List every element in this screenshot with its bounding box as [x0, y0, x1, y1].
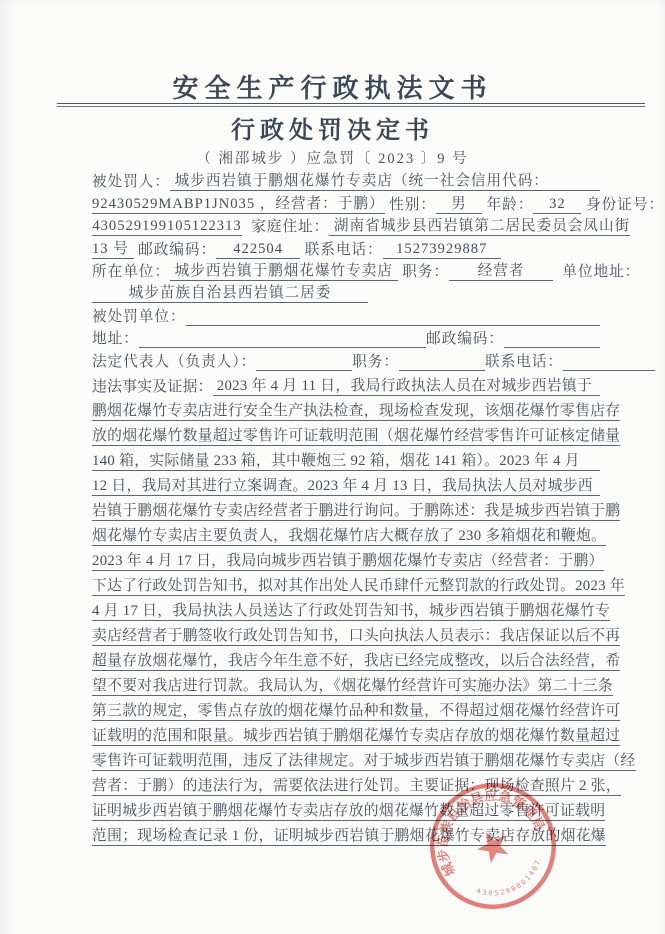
recipient-form-line: 所在单位： 城步西岩镇于鹏烟花爆竹专卖店 职务：经营者 单位地址：	[92, 259, 600, 281]
field-label: 违法事实及证据：	[92, 375, 213, 396]
field-label: 邮政编码：	[426, 327, 504, 348]
violation-facts-section: 违法事实及证据： 2023 年 4 月 11 日，我局行政执法人员在对城步西岩镇…	[92, 371, 600, 846]
field-value: 4 月 17 日，我局执法人员送达了行政处罚告知书，城步西岩镇于鹏烟花爆竹专	[92, 599, 610, 621]
recipient-form-line: 城步苗族自治县西岩镇二居委	[92, 281, 600, 303]
field-value: 下达了行政处罚告知书，拟对其作出处人民币肆仟元整罚款的行政处罚。2023 年	[92, 574, 625, 596]
facts-paragraph-line: 岩镇于鹏烟花爆竹专卖店经营者于鹏进行询问。于鹏陈述：我是城步西岩镇于鹏	[92, 496, 600, 521]
field-value: 望不要对我店进行罚款。我局认为，《烟花爆竹经营许可实施办法》第二十三条	[92, 674, 613, 696]
facts-paragraph-line: 140 箱，实际储量 233 箱，其中鞭炮三 92 箱，烟花 141 箱）。20…	[92, 446, 600, 471]
facts-paragraph-line: 证明城步西岩镇于鹏烟花爆竹专卖店存放的烟花爆竹数量超过零售许可证载明	[92, 796, 600, 821]
facts-paragraph-line: 第三款的规定，零售点存放的烟花爆竹品种和数量，不得超过烟花爆竹经营许可	[92, 696, 600, 721]
field-label: 所在单位：	[92, 260, 170, 281]
field-value: 卖店经营者于鹏签收行政处罚告知书，口头向执法人员表示：我店保证以后不再	[92, 624, 620, 646]
recipient-form-line: 被处罚人： 城步西岩镇于鹏烟花爆竹专卖店（统一社会信用代码：	[92, 169, 600, 191]
recipient-form-line: 430529199105122313 家庭住址： 湖南省城步县西岩镇第二居民委员…	[92, 214, 600, 236]
facts-paragraph-line: 下达了行政处罚告知书，拟对其作出处人民币肆仟元整罚款的行政处罚。2023 年	[92, 571, 600, 596]
field-value: 城步苗族自治县西岩镇二居委	[92, 281, 368, 303]
field-value: 鹏烟花爆竹专卖店进行安全生产执法检查，现场检查发现，该烟花爆竹零售店存	[92, 399, 620, 421]
facts-paragraph-line: 鹏烟花爆竹专卖店进行安全生产执法检查，现场检查发现，该烟花爆竹零售店存	[92, 396, 600, 421]
field-value: 第三款的规定，零售点存放的烟花爆竹品种和数量，不得超过烟花爆竹经营许可	[92, 699, 620, 721]
field-value: 范围；现场检查记录 1 份，证明城步西岩镇于鹏烟花爆竹专卖店存放的烟花爆	[92, 824, 606, 846]
field-value: 证载明的范围和限量。城步西岩镇于鹏烟花爆竹专卖店存放的烟花爆竹数量超过	[92, 724, 620, 746]
field-value: 430529199105122313	[92, 218, 242, 236]
field-label: 职务：	[398, 260, 449, 281]
recipient-form-line: 法定代表人（负责人）：职务：联系电话：	[92, 348, 600, 370]
document-header-title: 安全生产行政执法文书	[0, 68, 665, 105]
field-value: 零售许可证载明范围，违反了法律规定。对于城步西岩镇于鹏烟花爆竹专卖店（经	[92, 749, 636, 771]
field-value: 经营者	[449, 259, 553, 281]
facts-paragraph-line: 4 月 17 日，我局执法人员送达了行政处罚告知书，城步西岩镇于鹏烟花爆竹专	[92, 596, 600, 621]
field-value	[186, 325, 600, 326]
field-value: 城步西岩镇于鹏烟花爆竹专卖店	[170, 259, 398, 281]
field-value: 证明城步西岩镇于鹏烟花爆竹专卖店存放的烟花爆竹数量超过零售许可证载明	[92, 799, 605, 821]
field-value: 2023 年 4 月 11 日，我局行政执法人员在对城步西岩镇于	[213, 374, 600, 396]
field-label: 邮政编码：	[134, 238, 217, 259]
field-label: 被处罚人：	[92, 170, 170, 191]
field-label: 单位地址：	[553, 260, 640, 281]
recipient-form-line: 13 号 邮政编码：422504 联系电话：15273929887	[92, 236, 600, 258]
facts-paragraph-line: 营者：于鹏）的违法行为，需要依法进行处罚。主要证据：现场检查照片 2 张，	[92, 771, 600, 796]
field-value: 烟花爆竹专卖店主要负责人，我烟花爆竹店大概存放了 230 多箱烟花和鞭炮。	[92, 524, 606, 546]
facts-paragraph-line: 证载明的范围和限量。城步西岩镇于鹏烟花爆竹专卖店存放的烟花爆竹数量超过	[92, 721, 600, 746]
field-value: 422504	[216, 241, 300, 259]
field-value	[504, 347, 600, 348]
title-double-rule	[57, 103, 645, 107]
field-value: 15273929887	[383, 241, 501, 259]
field-label: 家庭住址：	[242, 215, 329, 236]
field-value: 140 箱，实际储量 233 箱，其中鞭炮三 92 箱，烟花 141 箱）。20…	[92, 449, 600, 471]
recipient-info-section: 被处罚人： 城步西岩镇于鹏烟花爆竹专卖店（统一社会信用代码：92430529MA…	[92, 169, 600, 371]
field-value: 32	[533, 196, 581, 214]
facts-paragraph-line: 超量存放烟花爆竹，我店今年生意不好，我店已经完成整改，以后合法经营，希	[92, 646, 600, 671]
seal-code-arc-text: 4305290001407	[473, 855, 550, 909]
field-value: 12 日，我局对其进行立案调查。2023 年 4 月 13 日，我局执法人员对城…	[92, 474, 600, 496]
field-label: 性别：	[385, 193, 436, 214]
document-title: 行政处罚决定书	[0, 110, 665, 145]
field-label: 年龄：	[482, 193, 533, 214]
field-value: 放的烟花爆竹数量超过零售许可证载明范围（烟花爆竹经营零售许可证核定储量	[92, 424, 620, 446]
field-value: 超量存放烟花爆竹，我店今年生意不好，我店已经完成整改，以后合法经营，希	[92, 649, 620, 671]
field-value: 营者：于鹏）的违法行为，需要依法进行处罚。主要证据：现场检查照片 2 张，	[92, 774, 621, 796]
field-value: 13 号	[92, 237, 134, 259]
field-label: 被处罚单位：	[92, 305, 186, 326]
field-label: 联系电话：	[300, 238, 383, 259]
field-label: 地址：	[92, 327, 139, 348]
field-label: 身份证号：	[581, 193, 664, 214]
facts-paragraph-line: 违法事实及证据： 2023 年 4 月 11 日，我局行政执法人员在对城步西岩镇…	[92, 371, 600, 396]
document-number: （ 湘邵城步 ）应急罚〔 2023 〕9 号	[0, 147, 665, 168]
field-value: 2023 年 4 月 17 日，我局向城步西岩镇于鹏烟花爆竹专卖店（经营者：于鹏…	[92, 549, 604, 571]
recipient-form-line: 被处罚单位：	[92, 303, 600, 325]
facts-paragraph-line: 放的烟花爆竹数量超过零售许可证载明范围（烟花爆竹经营零售许可证核定储量	[92, 421, 600, 446]
recipient-form-line: 92430529MABP1JN035 ，经营者：于鹏） 性别：男 年龄：32 身…	[92, 191, 600, 213]
field-label: 联系电话：	[485, 350, 563, 371]
field-value: 92430529MABP1JN035 ，经营者：于鹏）	[92, 192, 385, 214]
facts-paragraph-line: 范围；现场检查记录 1 份，证明城步西岩镇于鹏烟花爆竹专卖店存放的烟花爆	[92, 821, 600, 846]
field-value: 城步西岩镇于鹏烟花爆竹专卖店（统一社会信用代码：	[170, 169, 600, 191]
field-label: 法定代表人（负责人）：	[92, 350, 256, 371]
field-value: 男	[436, 192, 482, 214]
facts-paragraph-line: 望不要对我店进行罚款。我局认为，《烟花爆竹经营许可实施办法》第二十三条	[92, 671, 600, 696]
facts-paragraph-line: 2023 年 4 月 17 日，我局向城步西岩镇于鹏烟花爆竹专卖店（经营者：于鹏…	[92, 546, 600, 571]
penalty-decision-document: 安全生产行政执法文书 行政处罚决定书 （ 湘邵城步 ）应急罚〔 2023 〕9 …	[0, 0, 665, 934]
field-value: 湖南省城步县西岩镇第二居民委员会凤山街	[329, 214, 630, 236]
facts-paragraph-line: 零售许可证载明范围，违反了法律规定。对于城步西岩镇于鹏烟花爆竹专卖店（经	[92, 746, 600, 771]
facts-paragraph-line: 12 日，我局对其进行立案调查。2023 年 4 月 13 日，我局执法人员对城…	[92, 471, 600, 496]
facts-paragraph-line: 卖店经营者于鹏签收行政处罚告知书，口头向执法人员表示：我店保证以后不再	[92, 621, 600, 646]
field-value	[139, 347, 426, 348]
recipient-form-line: 地址：邮政编码：	[92, 326, 600, 348]
field-label: 职务：	[352, 350, 399, 371]
field-value: 岩镇于鹏烟花爆竹专卖店经营者于鹏进行询问。于鹏陈述：我是城步西岩镇于鹏	[92, 499, 620, 521]
facts-paragraph-line: 烟花爆竹专卖店主要负责人，我烟花爆竹店大概存放了 230 多箱烟花和鞭炮。	[92, 521, 600, 546]
